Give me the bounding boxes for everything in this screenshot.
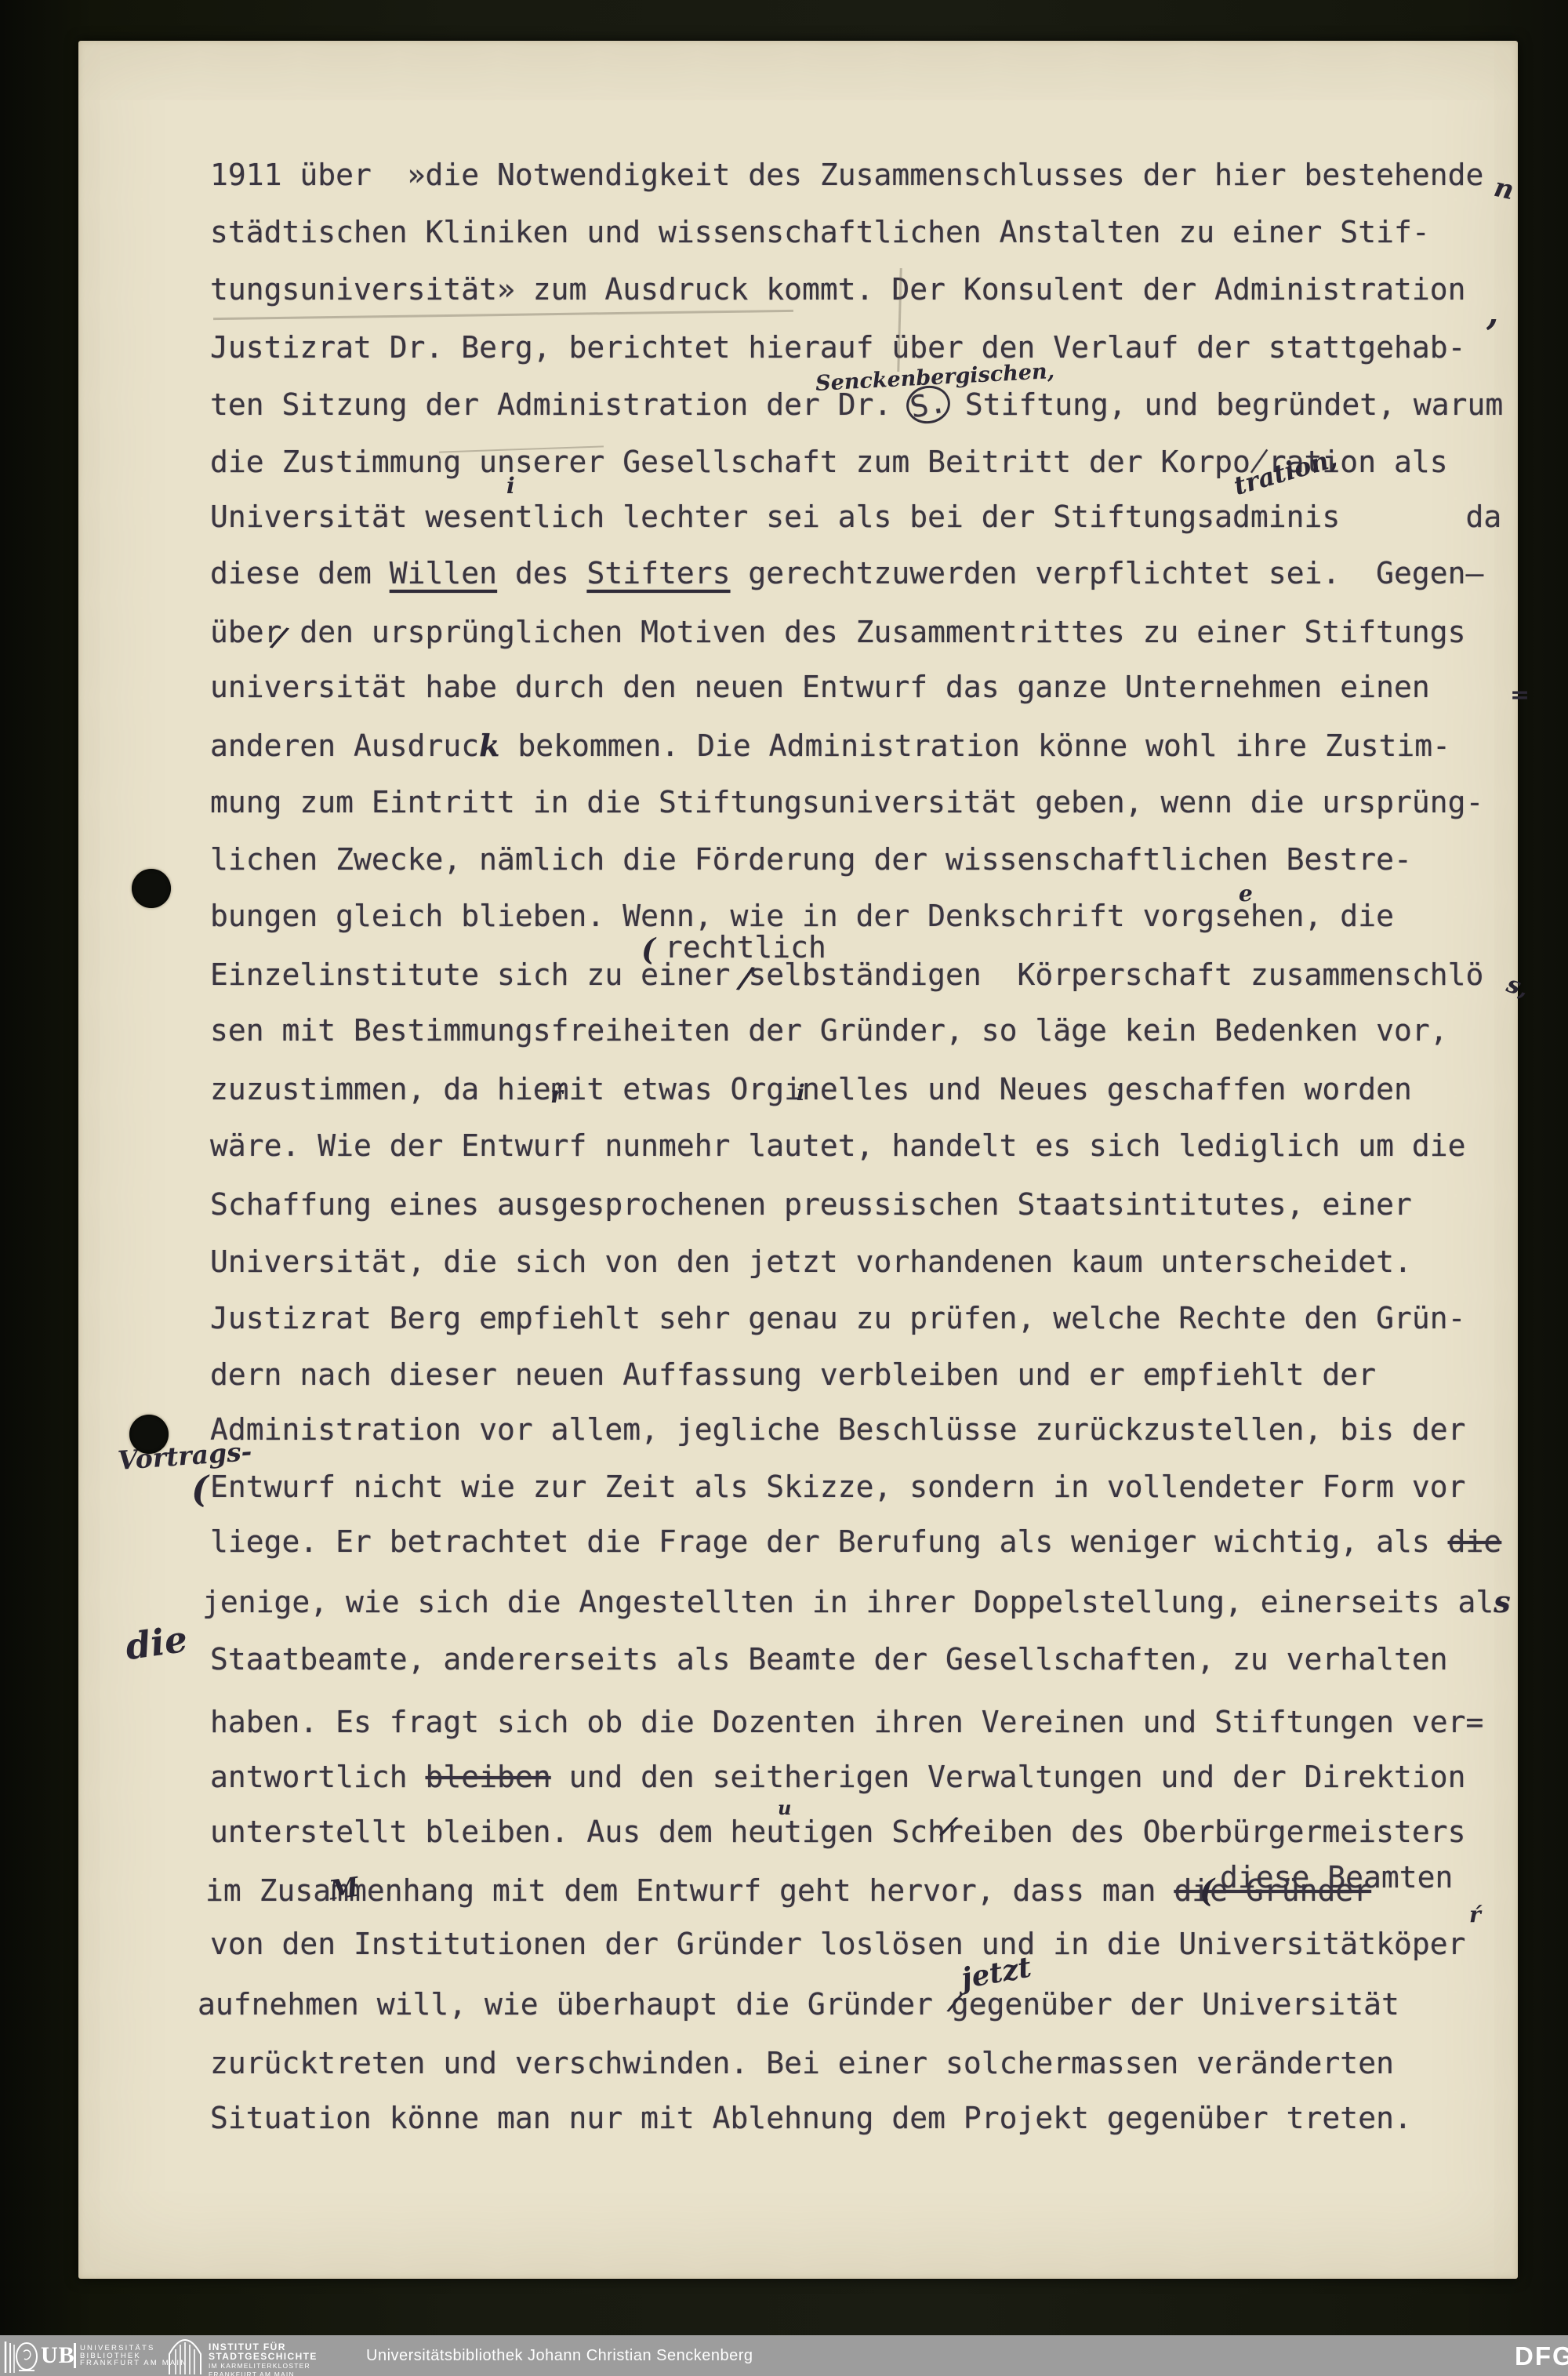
typed-text-segment: unterstellt bleiben. Aus dem heutigen Sc… [210, 1815, 1465, 1849]
typewritten-line: über den ursprünglichen Motiven des Zusa… [210, 617, 1465, 647]
typed-text-segment: mung zum Eintritt in die Stiftungsuniver… [210, 785, 1483, 819]
typewritten-line: von den Institutionen der Gründer loslös… [210, 1929, 1465, 1959]
typewritten-line: haben. Es fragt sich ob die Dozenten ihr… [210, 1707, 1483, 1737]
typed-text-segment: ten Sitzung der Administration der Dr. [210, 387, 909, 422]
typed-text-segment: städtischen Kliniken und wissenschaftlic… [210, 215, 1430, 249]
typed-text-segment: tungsuniversität» zum Ausdruck kommt. De… [210, 272, 1465, 307]
scanned-document-page: 1911 über »die Notwendigkeit des Zusamme… [0, 0, 1568, 2376]
typewritten-line: Schaffung eines ausgesprochenen preussis… [210, 1190, 1412, 1219]
typed-text-segment: liege. Er betrachtet die Frage der Beruf… [210, 1524, 1448, 1559]
typewritten-line: jenige, wie sich die Angestellten in ihr… [202, 1587, 1511, 1617]
ub-divider [74, 2343, 76, 2368]
typed-text-segment: Staatbeamte, andererseits als Beamte der… [210, 1642, 1448, 1677]
typewritten-line: ten Sitzung der Administration der Dr. S… [210, 390, 1503, 420]
handwritten-annotation: i [797, 1082, 805, 1104]
typewritten-line: städtischen Kliniken und wissenschaftlic… [210, 217, 1430, 247]
handwritten-annotation: i [506, 475, 515, 497]
typewritten-line: Entwurf nicht wie zur Zeit als Skizze, s… [210, 1472, 1465, 1502]
typed-text-segment: und den seitherigen Verwaltungen und der… [551, 1760, 1466, 1794]
typewritten-line: wäre. Wie der Entwurf nunmehr lautet, ha… [210, 1131, 1465, 1161]
handwritten-annotation: e [1239, 883, 1253, 905]
handwritten-annotation: ŕ [550, 1084, 563, 1107]
typed-text-segment: gerechtzuwerden verpflichtet sei. Gegen– [730, 556, 1483, 590]
typed-text-segment: Entwurf nicht wie zur Zeit als Skizze, s… [210, 1470, 1465, 1504]
stadtgeschichte-arch-icon [166, 2338, 204, 2374]
typed-text-segment: Schaffung eines ausgesprochenen preussis… [210, 1187, 1412, 1222]
typed-text-segment: jenige, wie sich die Angestellten in ihr… [202, 1585, 1494, 1619]
typewritten-line: Situation könne man nur mit Ablehnung de… [210, 2103, 1412, 2133]
handwritten-annotation: M [328, 1874, 361, 1905]
handwritten-annotation: ( [641, 935, 655, 965]
typed-text-segment: anderen Ausdruc [210, 728, 479, 763]
library-footer-bar: UB UNIVERSITÄTS BIBLIOTHEK FRANKFURT AM … [0, 2335, 1568, 2376]
handwritten-correction: s [1494, 1584, 1510, 1619]
typewritten-line: tungsuniversität» zum Ausdruck kommt. De… [210, 274, 1465, 304]
handwritten-annotation: die [123, 1621, 190, 1666]
stadtgeschichte-wordmark: INSTITUT FÜR STADTGESCHICHTE IM KARMELIT… [209, 2342, 318, 2376]
typed-text-segment: diese dem [210, 556, 390, 590]
typewritten-line: zurücktreten und verschwinden. Bei einer… [210, 2048, 1394, 2078]
handwritten-annotation: ( [191, 1471, 209, 1507]
typewritten-line: sen mit Bestimmungsfreiheiten der Gründe… [210, 1015, 1448, 1045]
punch-hole [129, 1415, 169, 1454]
typed-text-segment: Einzelinstitute sich zu einer selbständi… [210, 957, 1483, 992]
typewritten-line: anderen Ausdruck bekommen. Die Administr… [210, 731, 1450, 761]
typed-text-segment: bleiben [426, 1760, 551, 1794]
typewritten-line: aufnehmen will, wie überhaupt die Gründe… [198, 1989, 1399, 2019]
typewritten-line: unterstellt bleiben. Aus dem heutigen Sc… [210, 1817, 1465, 1847]
typewritten-line: Staatbeamte, andererseits als Beamte der… [210, 1644, 1448, 1674]
typed-text-segment: Universität, die sich von den jetzt vorh… [210, 1244, 1412, 1279]
handwritten-annotation: = [1510, 684, 1530, 707]
typewritten-line: liege. Er betrachtet die Frage der Beruf… [210, 1527, 1501, 1557]
typed-text-segment: sen mit Bestimmungsfreiheiten der Gründe… [210, 1013, 1448, 1048]
typewritten-line: mung zum Eintritt in die Stiftungsuniver… [210, 787, 1483, 817]
typed-text-segment: 1911 über »die Notwendigkeit des Zusamme… [210, 158, 1483, 192]
typed-text-segment: Justizrat Berg empfiehlt sehr genau zu p… [210, 1301, 1465, 1335]
typewritten-line: lichen Zwecke, nämlich die Förderung der… [210, 845, 1412, 874]
handwritten-annotation: u [778, 1799, 791, 1818]
typed-text-segment: antwortlich [210, 1760, 426, 1794]
typed-text-segment: Universität wesentlich lechter sei als b… [210, 500, 1340, 534]
typewritten-line: Universität, die sich von den jetzt vorh… [210, 1247, 1412, 1277]
dfg-logo: DFG [1515, 2341, 1568, 2371]
typewritten-line: dern nach dieser neuen Auffassung verble… [210, 1360, 1376, 1390]
typewritten-line: im Zusammenhang mit dem Entwurf geht her… [205, 1876, 1371, 1906]
isg-line2: STADTGESCHICHTE [209, 2352, 318, 2361]
typewritten-line: Justizrat Berg empfiehlt sehr genau zu p… [210, 1303, 1465, 1333]
typed-text-segment: dern nach dieser neuen Auffassung verble… [210, 1357, 1376, 1392]
typewritten-line: Justizrat Dr. Berg, berichtet hierauf üb… [210, 332, 1465, 362]
library-credit-text: Universitätsbibliothek Johann Christian … [366, 2347, 753, 2365]
typewritten-line: 1911 über »die Notwendigkeit des Zusamme… [210, 160, 1483, 190]
typed-text-segment: Administration vor allem, jegliche Besch… [210, 1412, 1465, 1447]
typed-text-segment: die [1448, 1524, 1502, 1559]
typewritten-line: Einzelinstitute sich zu einer selbständi… [210, 960, 1483, 990]
typed-text-segment: Stiftung, und begründet, warum [947, 387, 1503, 422]
typed-text-segment: wäre. Wie der Entwurf nunmehr lautet, ha… [210, 1128, 1465, 1163]
ub-book-portrait-icon [3, 2339, 39, 2375]
isg-line4: FRANKFURT AM MAIN [209, 2371, 318, 2376]
typed-text-segment: bekommen. Die Administration könne wohl … [500, 728, 1451, 763]
handwritten-annotation: , [1486, 296, 1498, 331]
typewritten-line: diese dem Willen des Stifters gerechtzuw… [210, 558, 1483, 588]
typewritten-line: Universität wesentlich lechter sei als b… [210, 502, 1501, 532]
typewritten-line: universität habe durch den neuen Entwurf… [210, 672, 1430, 702]
typewritten-line: zuzustimmen, da hiemit etwas Orginelles … [210, 1074, 1412, 1104]
typed-text-segment: zuzustimmen, da hiemit etwas Orginelles … [210, 1072, 1412, 1106]
handwritten-annotation: ŕ [1469, 1904, 1481, 1926]
typed-text-segment: zurücktreten und verschwinden. Bei einer… [210, 2046, 1394, 2080]
typed-text-segment: Stifters [586, 556, 730, 590]
typed-text-segment: von den Institutionen der Gründer loslös… [210, 1927, 1465, 1961]
typed-text-segment: Situation könne man nur mit Ablehnung de… [210, 2101, 1412, 2135]
typed-text-segment: Justizrat Dr. Berg, berichtet hierauf üb… [210, 330, 1465, 365]
typed-text-segment: haben. Es fragt sich ob die Dozenten ihr… [210, 1705, 1483, 1739]
typewritten-line: Administration vor allem, jegliche Besch… [210, 1415, 1465, 1444]
punch-hole [132, 869, 171, 908]
handwritten-correction: k [479, 728, 499, 763]
isg-line3: IM KARMELITERKLOSTER [209, 2363, 318, 2370]
typed-text-segment: lichen Zwecke, nämlich die Förderung der… [210, 842, 1412, 877]
typed-text-segment: Willen [390, 556, 497, 590]
handwritten-annotation: ( [1200, 1876, 1214, 1907]
typed-text-segment: da [1340, 500, 1501, 534]
typed-text-segment: universität habe durch den neuen Entwurf… [210, 670, 1430, 704]
typed-text-segment: aufnehmen will, wie überhaupt die Gründe… [198, 1987, 1399, 2022]
typed-text-segment: des [497, 556, 586, 590]
typewritten-line: bungen gleich blieben. Wenn, wie in der … [210, 901, 1394, 931]
typewritten-line: antwortlich bleiben und den seitherigen … [210, 1762, 1465, 1792]
typed-text-segment: über den ursprünglichen Motiven des Zusa… [210, 615, 1465, 649]
typed-text-segment: bungen gleich blieben. Wenn, wie in der … [210, 899, 1394, 933]
ub-acronym: UB [41, 2342, 75, 2369]
